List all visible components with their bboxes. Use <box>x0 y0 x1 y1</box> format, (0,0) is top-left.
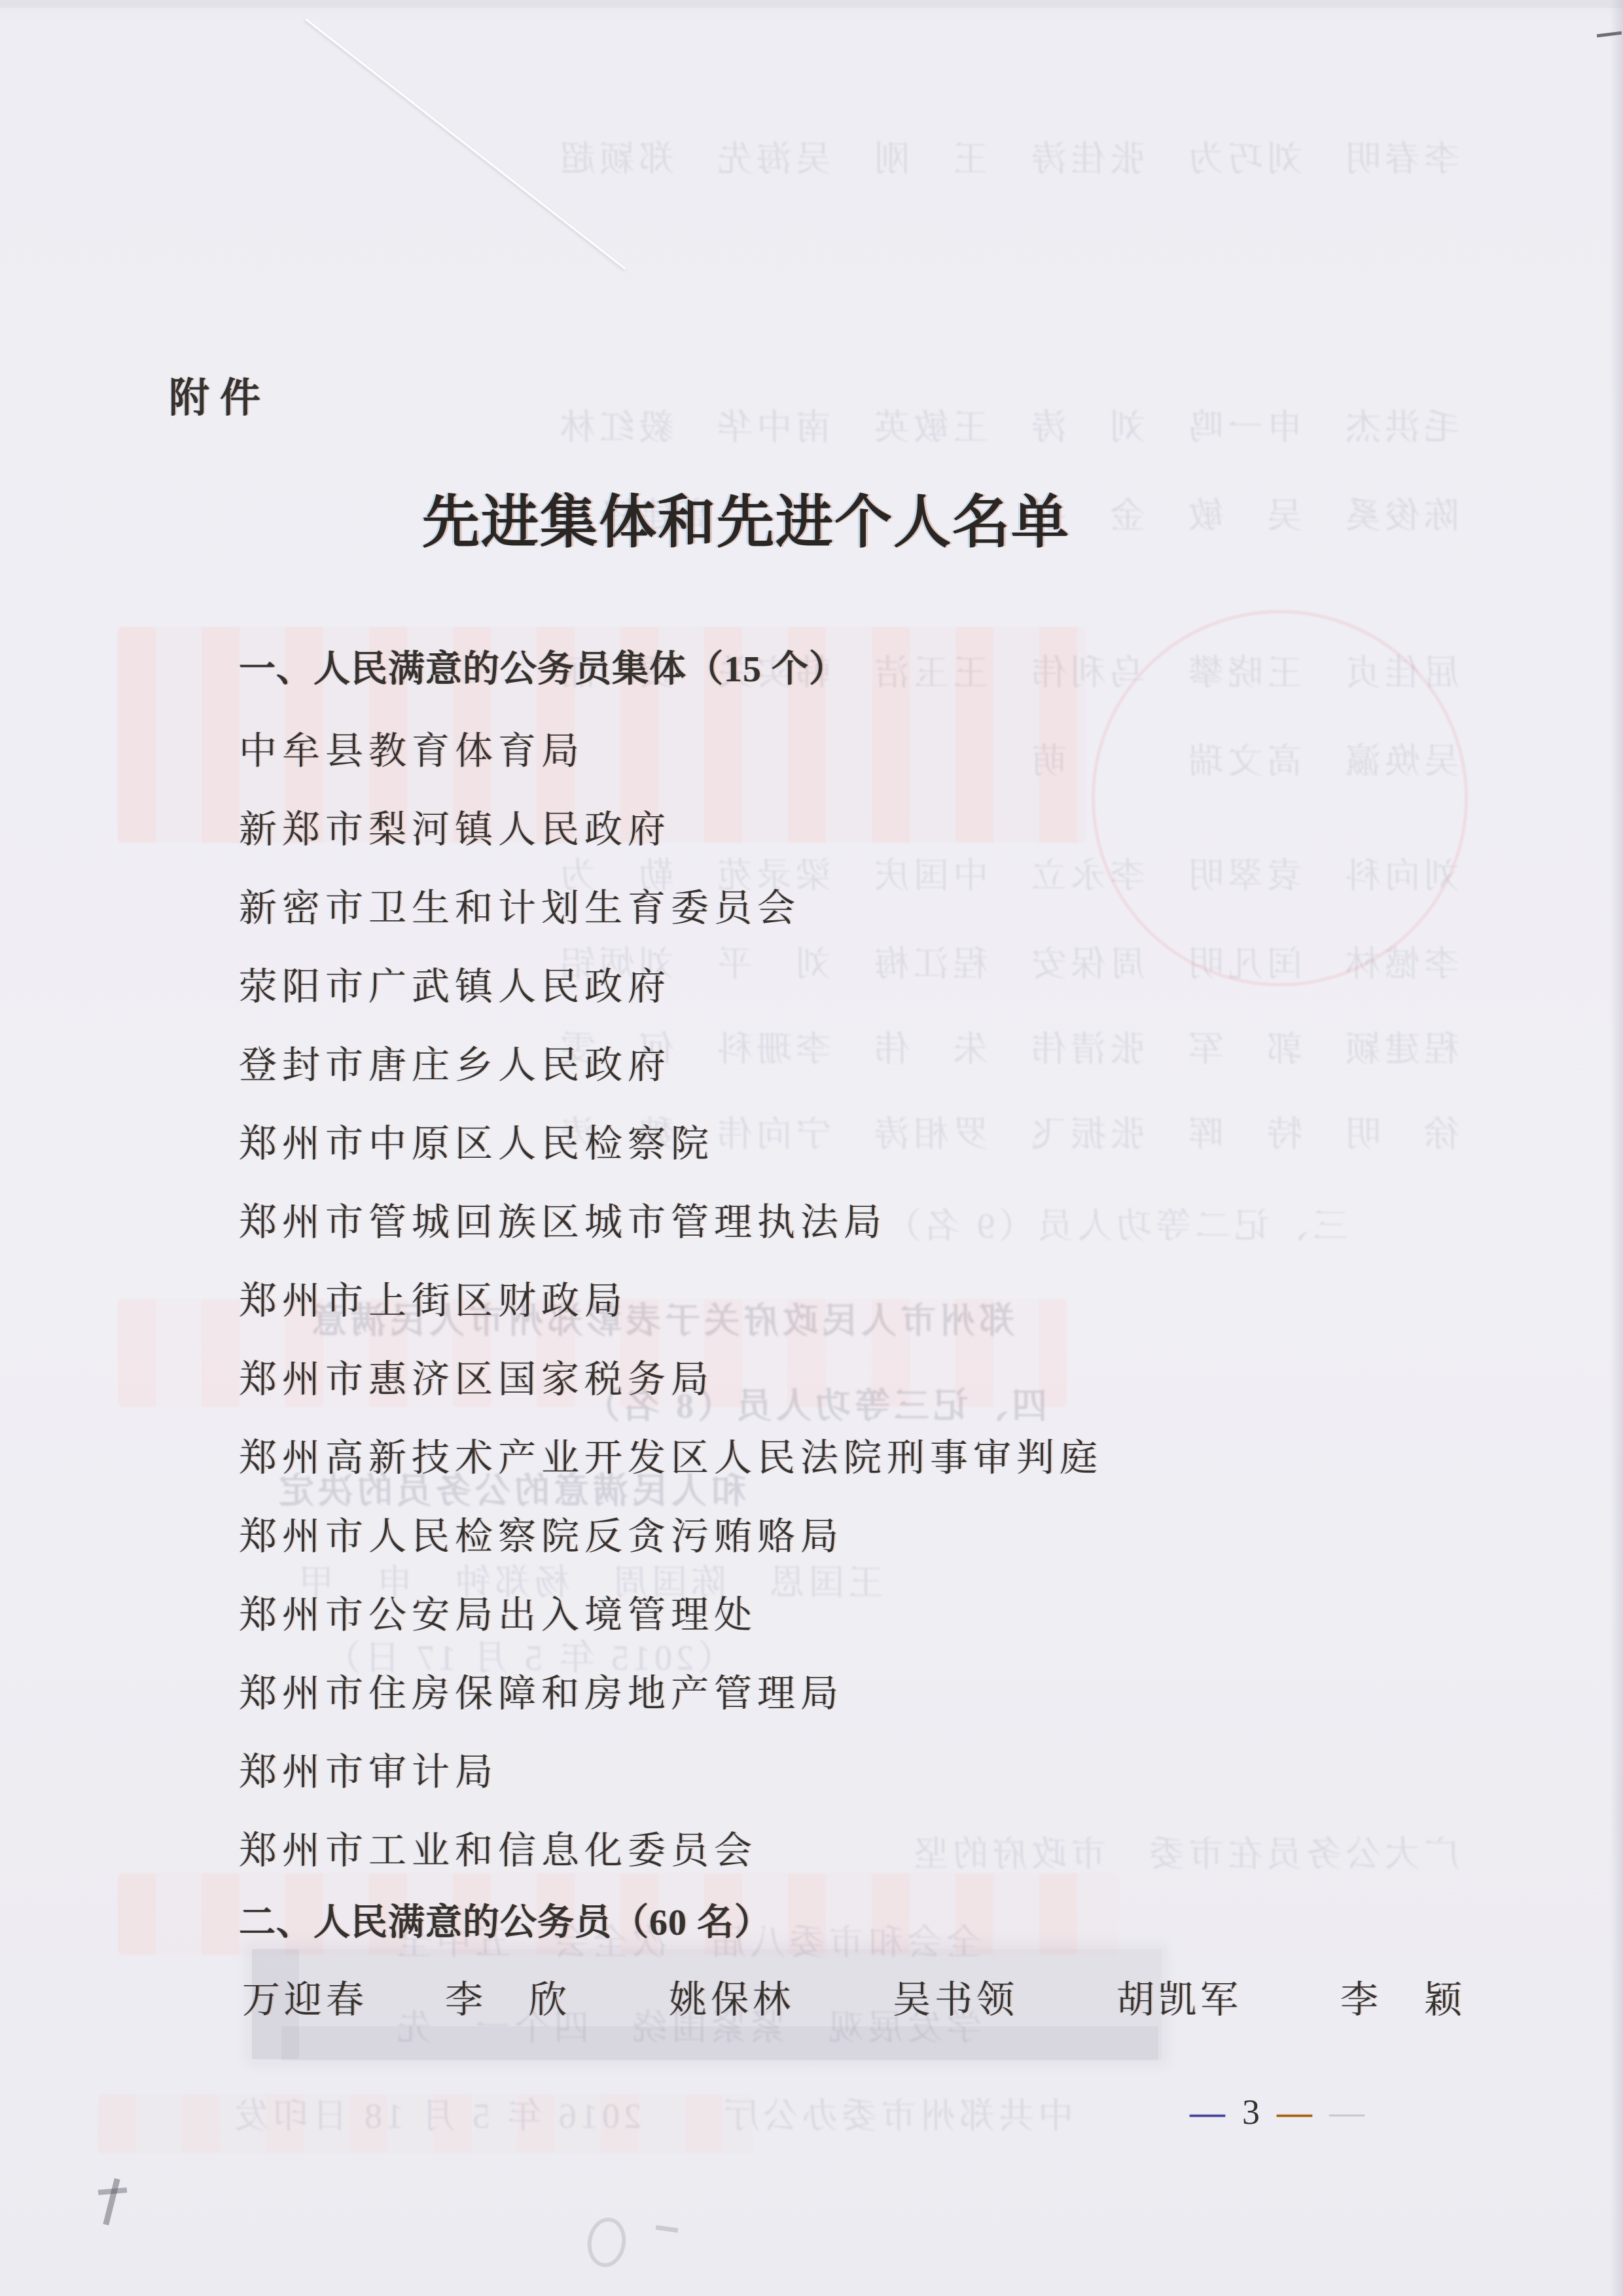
list-item: 郑州市住房保障和房地产管理局 <box>239 1662 844 1717</box>
list-item: 郑州市管城回族区城市管理执法局 <box>239 1191 887 1246</box>
document-title: 先进集体和先进个人名单 <box>422 476 1070 559</box>
person-name: 万迎春 <box>242 1969 368 2024</box>
bleedthrough-text: 程建颖 郭 军 张清伟 朱 伟 李珊科 何 雯 <box>556 1021 1459 1071</box>
list-item: 郑州高新技术产业开发区人民法院刑事审判庭 <box>239 1427 1103 1482</box>
list-item: 郑州市审计局 <box>239 1741 498 1796</box>
person-name: 胡凯军 <box>1116 1969 1242 2024</box>
page-number-dash-left: — <box>1190 2092 1225 2132</box>
bleedthrough-text: 三、记二等功人员（9 名） <box>882 1198 1349 1248</box>
attachment-label: 附件 <box>169 365 271 423</box>
list-item: 荥阳市广武镇人民政府 <box>239 956 671 1011</box>
list-item: 郑州市人民检察院反贪污贿赂局 <box>239 1505 844 1560</box>
person-name: 姚保林 <box>669 1969 794 2024</box>
bleedthrough-text: 广大公务员在市委 市政府的坚 <box>910 1826 1459 1876</box>
page-number-value: 3 <box>1242 2092 1260 2132</box>
list-item: 郑州市惠济区国家税务局 <box>239 1348 714 1403</box>
person-name: 李 颖 <box>1340 1969 1466 2024</box>
list-item: 郑州市工业和信息化委员会 <box>239 1820 757 1874</box>
page-number: — 3 — — <box>1190 2092 1364 2132</box>
list-item: 郑州市上街区财政局 <box>239 1270 628 1325</box>
list-item: 登封市唐庄乡人民政府 <box>239 1034 671 1089</box>
person-name: 吴书领 <box>893 1969 1018 2024</box>
page-number-ghost-dash: — <box>1329 2092 1364 2132</box>
section-1-heading: 一、人民满意的公务员集体（15 个） <box>239 640 846 692</box>
bleedthrough-text: 吴焕瀛 高文瑞 萌 <box>1027 733 1459 783</box>
bleedthrough-text: 中共郑州市委办公厅 2016 年 5 月 18 日印发 <box>230 2088 1074 2138</box>
bleedthrough-text: 李春明 刘巧为 张佳涛 王 刚 吴海先 郑颖超 <box>556 131 1459 181</box>
list-item: 中牟县教育体育局 <box>239 720 584 775</box>
scanned-document-page: 李春明 刘巧为 张佳涛 王 刚 吴海先 郑颖超 毛洪杰 申一鸣 刘 涛 王敏英 … <box>0 0 1623 2296</box>
page-number-dash-right: — <box>1277 2092 1312 2132</box>
list-item: 新密市卫生和计划生育委员会 <box>239 877 800 932</box>
section-2-heading: 二、人民满意的公务员（60 名） <box>239 1893 772 1946</box>
list-item: 郑州市公安局出入境管理处 <box>239 1584 757 1639</box>
bleedthrough-text: 李憾林 闰凡明 周保安 程江梅 刘 平 刘炳铝 <box>556 936 1459 986</box>
list-item: 新郑市梨河镇人民政府 <box>239 798 671 853</box>
list-item: 郑州市中原区人民检察院 <box>239 1113 714 1168</box>
bleedthrough-text: 毛洪杰 申一鸣 刘 涛 王敏英 南中华 毅红林 <box>556 399 1459 450</box>
person-name: 李 欣 <box>445 1969 571 2024</box>
